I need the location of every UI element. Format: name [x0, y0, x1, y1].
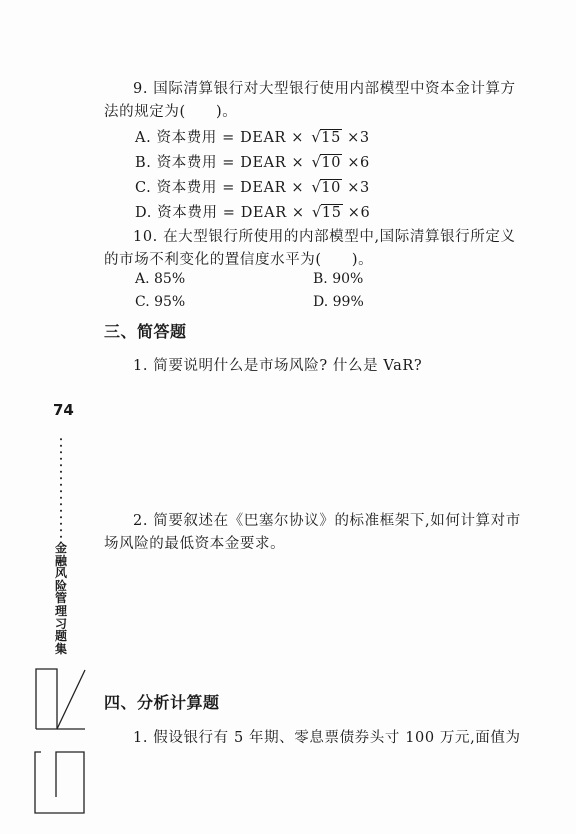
book-page: 9. 国际清算银行对大型银行使用内部模型中资本金计算方 法的规定为( )。 A.…: [0, 0, 576, 834]
decorative-corner-marks-icon: [0, 0, 576, 834]
